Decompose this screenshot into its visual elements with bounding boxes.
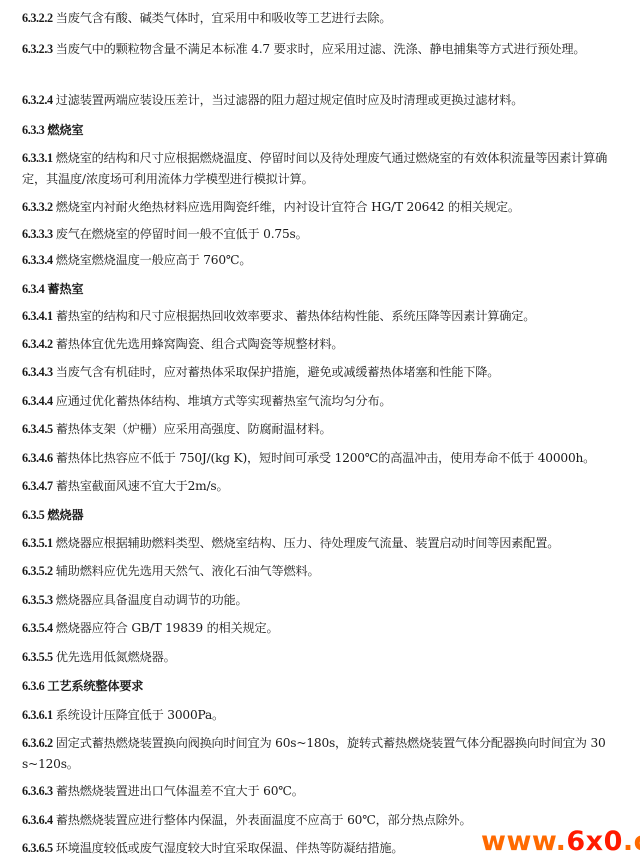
clause-number: 6.3.3.3 [22, 227, 53, 241]
clause-number: 6.3.4 [22, 282, 44, 296]
section-heading: 6.3.6工艺系统整体要求 [22, 676, 622, 697]
clause-paragraph: 6.3.2.4过滤装置两端应装设压差计，当过滤器的阻力超过规定值时应及时清理或更… [22, 90, 622, 111]
heading-text: 燃烧器 [47, 508, 83, 522]
clause-number: 6.3.6 [22, 679, 44, 693]
clause-text: 当废气含有机硅时，应对蓄热体采取保护措施，避免或减缓蓄热体堵塞和性能下降。 [56, 365, 500, 379]
section-heading: 6.3.3燃烧室 [22, 120, 622, 141]
section-heading: 6.3.4蓄热室 [22, 279, 622, 300]
clause-number: 6.3.2.3 [22, 42, 53, 56]
clause-text: 燃烧器应具备温度自动调节的功能。 [56, 593, 248, 607]
clause-text: 蓄热燃烧装置进出口气体温差不宜大于 60℃。 [56, 784, 304, 798]
clause-paragraph: 6.3.4.3当废气含有机硅时，应对蓄热体采取保护措施，避免或减缓蓄热体堵塞和性… [22, 362, 622, 383]
clause-number: 6.3.5.2 [22, 564, 53, 578]
clause-number: 6.3.2.4 [22, 93, 53, 107]
clause-text: 当废气含有酸、碱类气体时，宜采用中和吸收等工艺进行去除。 [56, 11, 392, 25]
clause-paragraph: 6.3.4.6蓄热体比热容应不低于 750J/(kg K)，短时间可承受 120… [22, 448, 620, 469]
clause-text: 系统设计压降宜低于 3000Pa。 [56, 708, 224, 722]
clause-paragraph: 6.3.3.3废气在燃烧室的停留时间一般不宜低于 0.75s。 [22, 224, 622, 245]
clause-number: 6.3.6.2 [22, 736, 53, 750]
watermark-prefix: www. [481, 826, 566, 857]
clause-text: 环境温度较低或废气湿度较大时宜采取保温、伴热等防凝结措施。 [56, 841, 404, 855]
clause-text: 过滤装置两端应装设压差计，当过滤器的阻力超过规定值时应及时清理或更换过滤材料。 [56, 93, 524, 107]
heading-text: 燃烧室 [47, 123, 83, 137]
clause-text: 蓄热体比热容应不低于 750J/(kg K)，短时间可承受 1200℃的高温冲击… [56, 451, 595, 465]
clause-text: 优先选用低氮燃烧器。 [56, 650, 176, 664]
clause-number: 6.3.4.2 [22, 337, 53, 351]
clause-number: 6.3.6.4 [22, 813, 53, 827]
clause-text: 应通过优化蓄热体结构、堆填方式等实现蓄热室气流均匀分布。 [56, 394, 392, 408]
clause-text: 燃烧室内衬耐火绝热材料应选用陶瓷纤维，内衬设计宜符合 HG/T 20642 的相… [56, 200, 520, 214]
clause-paragraph: 6.3.6.2固定式蓄热燃烧装置换向阀换向时间宜为 60s~180s，旋转式蓄热… [22, 733, 620, 775]
clause-number: 6.3.4.4 [22, 394, 53, 408]
clause-paragraph: 6.3.5.3燃烧器应具备温度自动调节的功能。 [22, 590, 622, 611]
clause-text: 蓄热室截面风速不宜大于2m/s。 [56, 479, 229, 493]
clause-paragraph: 6.3.3.1燃烧室的结构和尺寸应根据燃烧温度、停留时间以及待处理废气通过燃烧室… [22, 148, 620, 190]
clause-paragraph: 6.3.4.5蓄热体支架（炉栅）应采用高强度、防腐耐温材料。 [22, 419, 622, 440]
watermark-suffix: .cn [623, 826, 640, 857]
document-page: 6.3.2.2当废气含有酸、碱类气体时，宜采用中和吸收等工艺进行去除。6.3.2… [0, 0, 640, 864]
clause-number: 6.3.5 [22, 508, 44, 522]
clause-paragraph: 6.3.2.3当废气中的颗粒物含量不满足本标准 4.7 要求时，应采用过滤、洗涤… [22, 39, 620, 60]
clause-paragraph: 6.3.5.1燃烧器应根据辅助燃料类型、燃烧室结构、压力、待处理废气流量、装置启… [22, 533, 622, 554]
clause-paragraph: 6.3.6.1系统设计压降宜低于 3000Pa。 [22, 705, 622, 726]
clause-number: 6.3.3.4 [22, 253, 53, 267]
clause-paragraph: 6.3.5.2辅助燃料应优先选用天然气、液化石油气等燃料。 [22, 561, 622, 582]
clause-text: 燃烧器应符合 GB/T 19839 的相关规定。 [56, 621, 279, 635]
clause-text: 废气在燃烧室的停留时间一般不宜低于 0.75s。 [56, 227, 308, 241]
clause-text: 蓄热燃烧装置应进行整体内保温，外表面温度不应高于 60℃，部分热点除外。 [56, 813, 472, 827]
clause-text: 燃烧室的结构和尺寸应根据燃烧温度、停留时间以及待处理废气通过燃烧室的有效体积流量… [22, 151, 607, 186]
clause-paragraph: 6.3.5.4燃烧器应符合 GB/T 19839 的相关规定。 [22, 618, 622, 639]
clause-number: 6.3.6.1 [22, 708, 53, 722]
clause-paragraph: 6.3.6.3蓄热燃烧装置进出口气体温差不宜大于 60℃。 [22, 781, 622, 802]
clause-paragraph: 6.3.4.4应通过优化蓄热体结构、堆填方式等实现蓄热室气流均匀分布。 [22, 391, 622, 412]
clause-paragraph: 6.3.3.2燃烧室内衬耐火绝热材料应选用陶瓷纤维，内衬设计宜符合 HG/T 2… [22, 197, 622, 218]
clause-number: 6.3.3.1 [22, 151, 53, 165]
clause-number: 6.3.5.3 [22, 593, 53, 607]
clause-number: 6.3.5.1 [22, 536, 53, 550]
clause-text: 蓄热体宜优先选用蜂窝陶瓷、组合式陶瓷等规整材料。 [56, 337, 344, 351]
clause-number: 6.3.4.1 [22, 309, 53, 323]
clause-number: 6.3.4.5 [22, 422, 53, 436]
clause-text: 燃烧器应根据辅助燃料类型、燃烧室结构、压力、待处理废气流量、装置启动时间等因素配… [56, 536, 559, 550]
watermark-domain: 6x0 [566, 826, 623, 857]
heading-text: 工艺系统整体要求 [47, 679, 143, 693]
clause-text: 蓄热体支架（炉栅）应采用高强度、防腐耐温材料。 [56, 422, 332, 436]
clause-text: 蓄热室的结构和尺寸应根据热回收效率要求、蓄热体结构性能、系统压降等因素计算确定。 [56, 309, 536, 323]
clause-number: 6.3.4.7 [22, 479, 53, 493]
clause-number: 6.3.5.4 [22, 621, 53, 635]
clause-text: 燃烧室燃烧温度一般应高于 760℃。 [56, 253, 252, 267]
clause-paragraph: 6.3.4.7蓄热室截面风速不宜大于2m/s。 [22, 476, 622, 497]
watermark-logo: www.6x0.cn [481, 827, 640, 857]
clause-number: 6.3.3 [22, 123, 44, 137]
clause-number: 6.3.6.5 [22, 841, 53, 855]
section-heading: 6.3.5燃烧器 [22, 505, 622, 526]
heading-text: 蓄热室 [47, 282, 83, 296]
clause-text: 辅助燃料应优先选用天然气、液化石油气等燃料。 [56, 564, 320, 578]
clause-paragraph: 6.3.2.2当废气含有酸、碱类气体时，宜采用中和吸收等工艺进行去除。 [22, 8, 622, 29]
clause-number: 6.3.2.2 [22, 11, 53, 25]
clause-text: 当废气中的颗粒物含量不满足本标准 4.7 要求时，应采用过滤、洗涤、静电捕集等方… [56, 42, 586, 56]
clause-number: 6.3.6.3 [22, 784, 53, 798]
clause-number: 6.3.4.3 [22, 365, 53, 379]
clause-text: 固定式蓄热燃烧装置换向阀换向时间宜为 60s~180s，旋转式蓄热燃烧装置气体分… [22, 736, 606, 771]
clause-paragraph: 6.3.3.4燃烧室燃烧温度一般应高于 760℃。 [22, 250, 622, 271]
clause-number: 6.3.4.6 [22, 451, 53, 465]
clause-paragraph: 6.3.4.2蓄热体宜优先选用蜂窝陶瓷、组合式陶瓷等规整材料。 [22, 334, 622, 355]
clause-paragraph: 6.3.5.5优先选用低氮燃烧器。 [22, 647, 622, 668]
clause-paragraph: 6.3.4.1蓄热室的结构和尺寸应根据热回收效率要求、蓄热体结构性能、系统压降等… [22, 306, 622, 327]
clause-number: 6.3.5.5 [22, 650, 53, 664]
clause-number: 6.3.3.2 [22, 200, 53, 214]
